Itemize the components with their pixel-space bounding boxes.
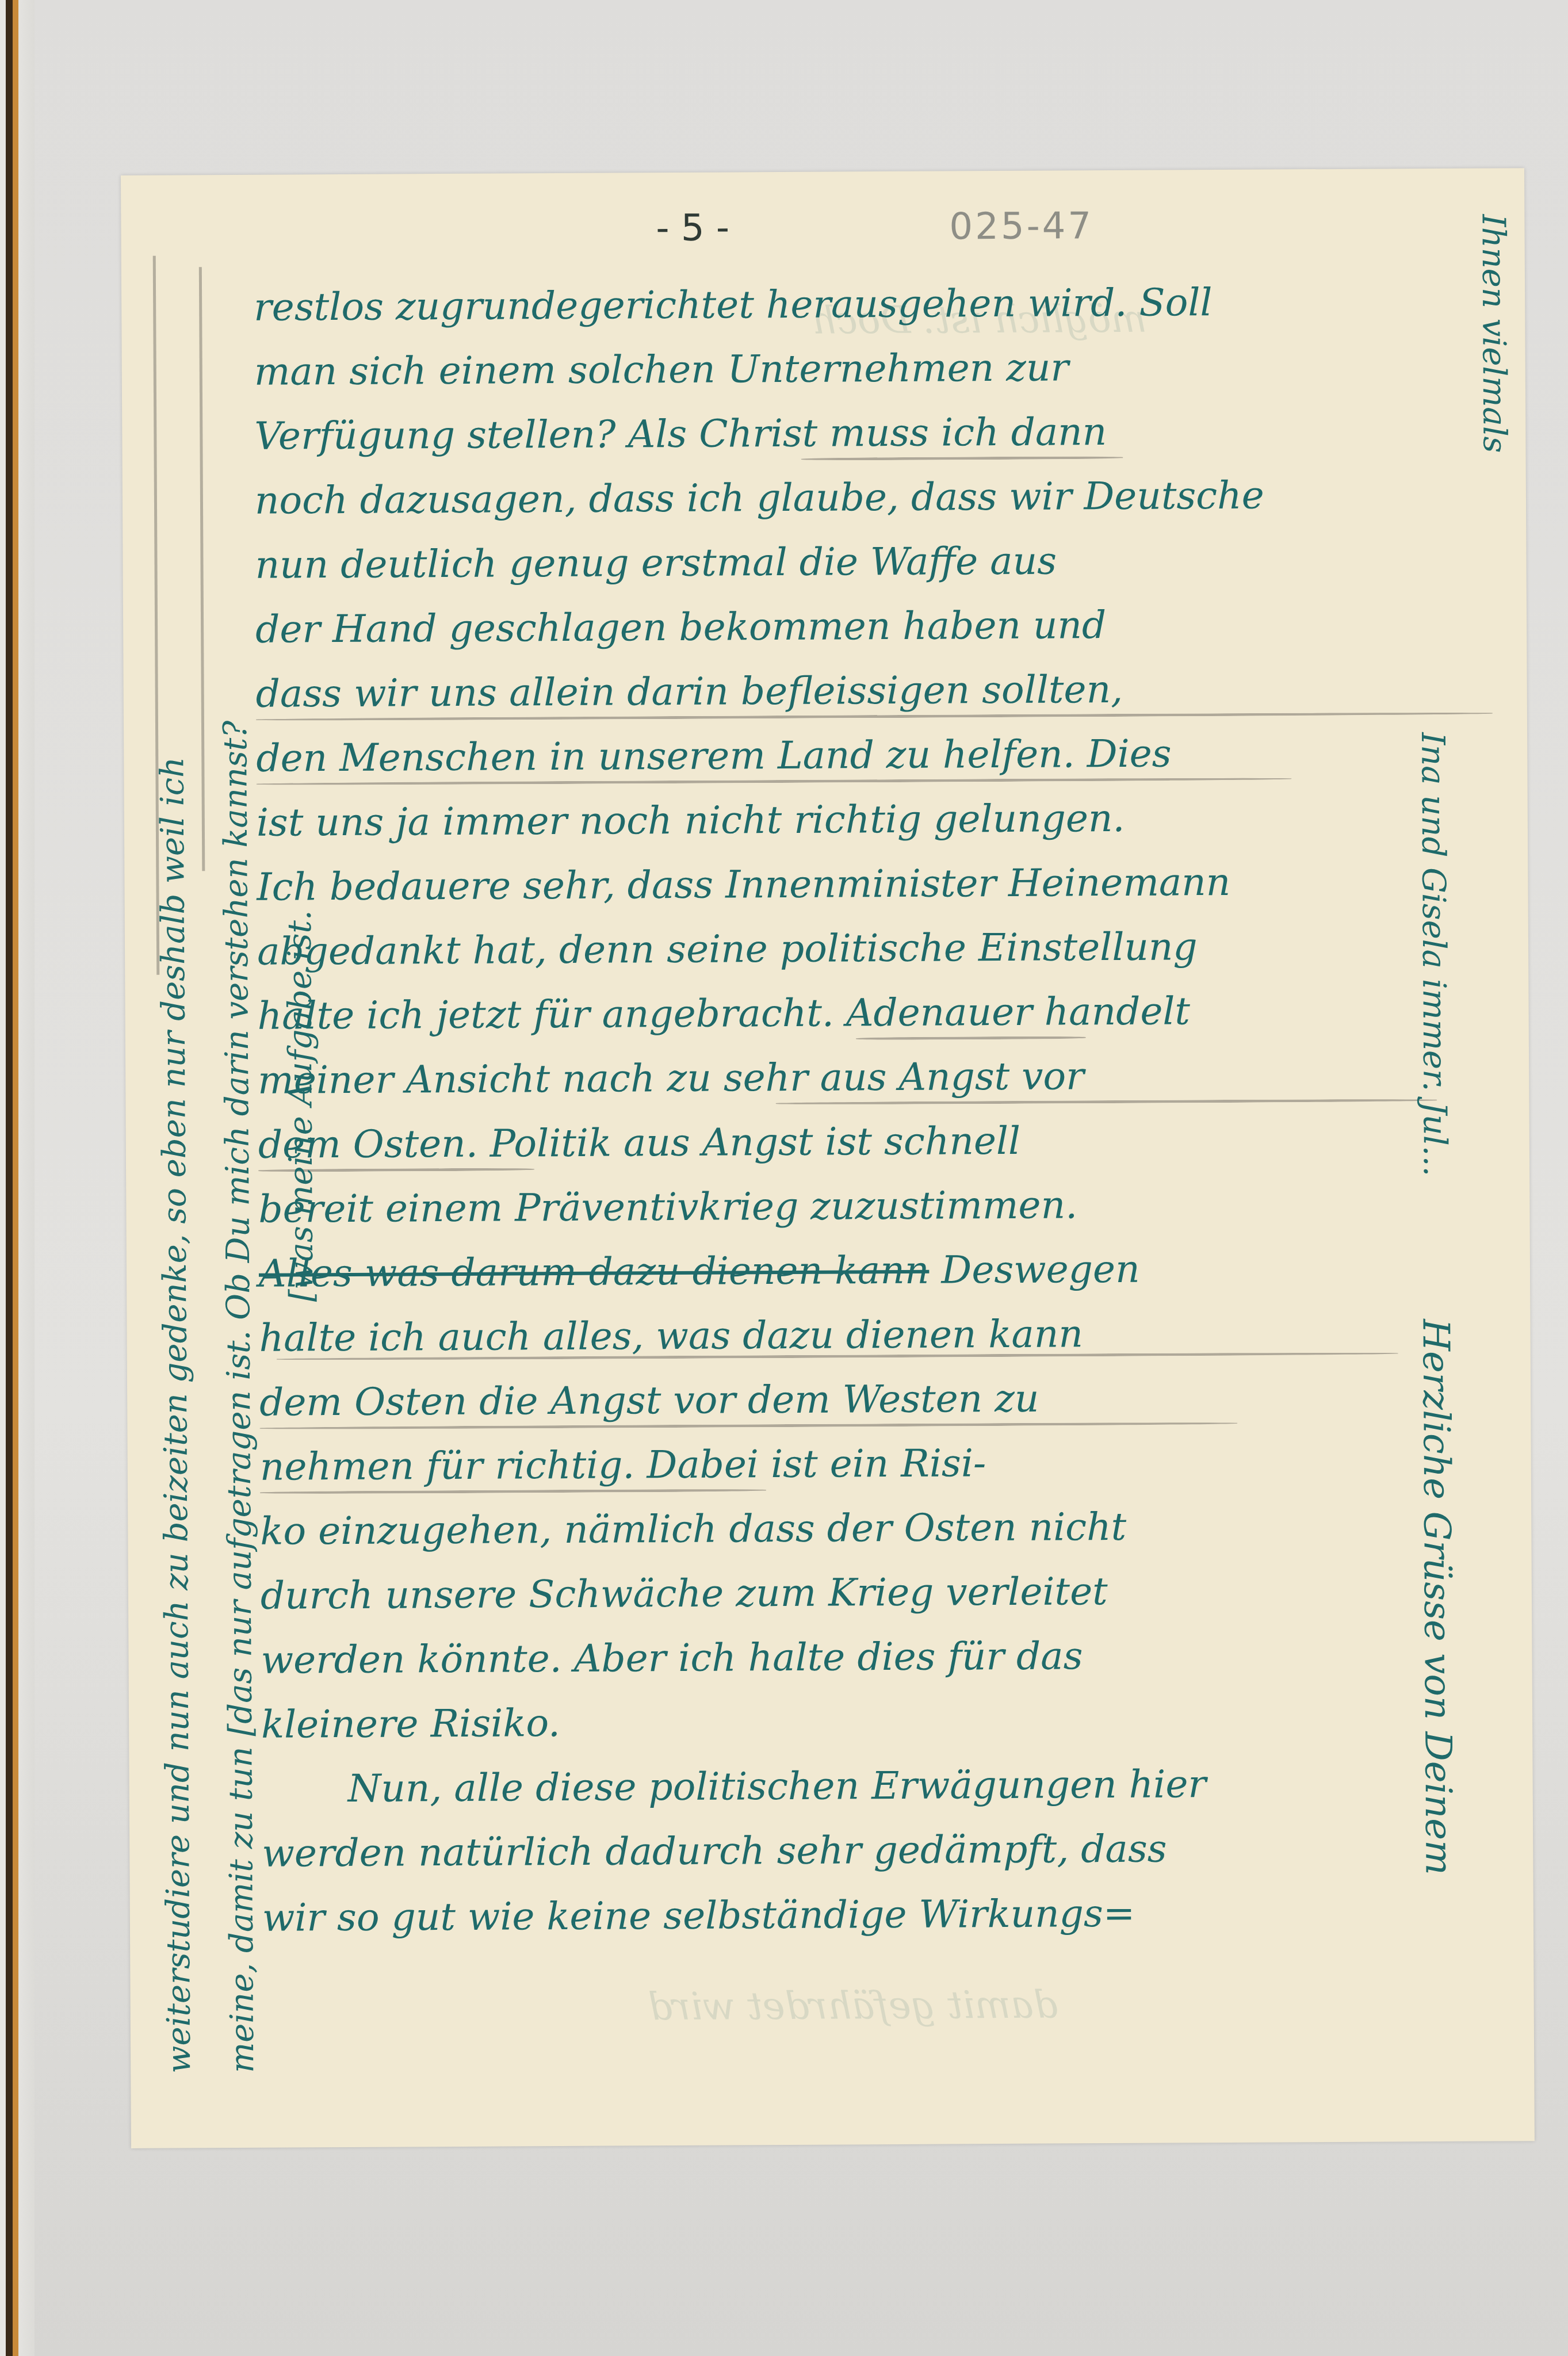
body-line: durch unsere Schwäche zum Krieg verleite… xyxy=(261,1557,1504,1628)
left-margin-note: weiterstudiere und nun auch zu beizeiten… xyxy=(141,749,447,2074)
pencil-underline xyxy=(775,1099,1437,1105)
margin-line: meine, damit zu tun [das nur aufgetragen… xyxy=(204,750,274,2074)
pencil-underline xyxy=(856,1036,1086,1040)
body-line: noch dazusagen, dass ich glaube, dass wi… xyxy=(255,462,1498,533)
body-line: dass wir uns allein darin befleissigen s… xyxy=(255,655,1498,726)
pencil-underline xyxy=(801,456,1123,461)
margin-line: [was meine Aufgabe ist. xyxy=(267,749,338,2073)
body-line: Verfügung stellen? Als Christ muss ich d… xyxy=(254,397,1497,468)
page-number: - 5 - xyxy=(656,206,729,250)
body-line: nehmen für richtig. Dabei ist ein Risi- xyxy=(259,1428,1502,1499)
body-line: werden könnte. Aber ich halte dies für d… xyxy=(261,1621,1504,1692)
body-line: nun deutlich genug erstmal die Waffe aus xyxy=(255,526,1498,597)
margin-line: weiterstudiere und nun auch zu beizeiten… xyxy=(141,750,211,2074)
body-line: kleinere Risiko. xyxy=(261,1686,1504,1757)
letter-page: - 5 - 025-47 möglich ist. Doch damit gef… xyxy=(121,168,1535,2148)
body-line: restlos zugrundegerichtet herausgehen wi… xyxy=(254,269,1497,339)
body-line: halte ich auch alles, was dazu dienen ka… xyxy=(259,1299,1502,1370)
body-line: abgedankt hat, denn seine politische Ein… xyxy=(257,913,1500,984)
body-line: meiner Ansicht nach zu sehr aus Angst vo… xyxy=(258,1042,1501,1112)
body-line: ko einzugehen, nämlich dass der Osten ni… xyxy=(260,1493,1503,1563)
body-line: halte ich jetzt für angebracht. Adenauer… xyxy=(257,977,1500,1048)
show-through-text: damit gefährdet wird xyxy=(648,1983,1058,2029)
margin-line: Ihnen vielmals xyxy=(1461,214,1535,2170)
body-line: werden natürlich dadurch sehr gedämpft, … xyxy=(262,1815,1505,1885)
body-line: den Menschen in unserem Land zu helfen. … xyxy=(256,720,1499,790)
body-line-struck: Alles was darum dazu dienen kann Deswege… xyxy=(259,1235,1502,1306)
body-line: dem Osten die Angst vor dem Westen zu xyxy=(259,1364,1502,1435)
body-line: ist uns ja immer noch nicht richtig gelu… xyxy=(257,784,1500,855)
body-line: man sich einem solchen Unternehmen zur xyxy=(254,333,1497,404)
archive-number: 025-47 xyxy=(949,205,1093,248)
closing-signature: Herzliche Grüsse von Deinem xyxy=(1317,1319,1471,2125)
body-line: der Hand geschlagen bekommen haben und xyxy=(255,591,1498,661)
body-line: Ich bedauere sehr, dass Innenminister He… xyxy=(257,848,1500,919)
body-line: bereit einem Präventivkrieg zuzustimmen. xyxy=(258,1171,1501,1241)
closing-line: Herzliche Grüsse von Deinem xyxy=(1403,1319,1471,2125)
body-line: Nun, alle diese politischen Erwägungen h… xyxy=(261,1750,1504,1821)
body-line: wir so gut wie keine selbständige Wirkun… xyxy=(262,1879,1505,1950)
body-line: dem Osten. Politik aus Angst ist schnell xyxy=(258,1106,1501,1177)
binder-edge xyxy=(0,0,35,2356)
